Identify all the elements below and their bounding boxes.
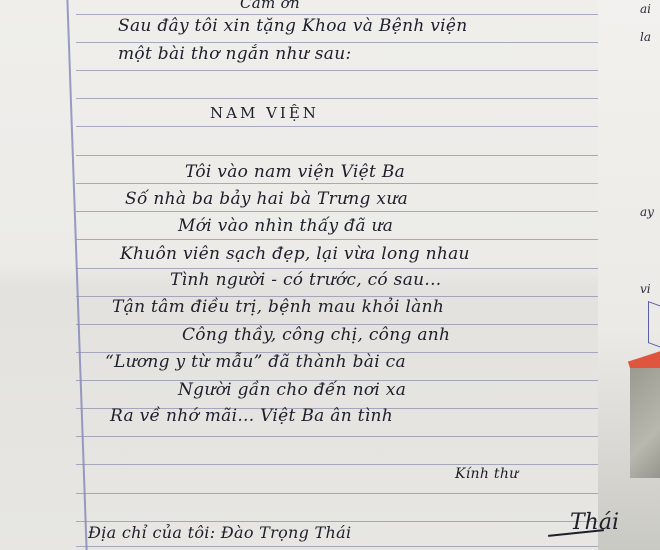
ruled-line — [76, 546, 610, 547]
poem-line: Tôi vào nam viện Việt Ba — [185, 162, 405, 182]
ruled-line — [76, 155, 610, 156]
margin-line — [66, 0, 87, 550]
ruled-line — [76, 183, 610, 184]
ruled-line — [76, 211, 610, 212]
grey-background-object — [630, 368, 660, 478]
side-scribble: ai — [640, 2, 651, 16]
top-fragment: Cảm ơn — [240, 0, 300, 12]
blue-sketch-box — [648, 301, 660, 351]
ruled-line — [76, 14, 610, 15]
side-scribble: vi — [640, 282, 651, 296]
poem-line: Ra về nhớ mãi... Việt Ba ân tình — [110, 406, 393, 426]
intro-line: Sau đây tôi xin tặng Khoa và Bệnh viện — [118, 16, 468, 36]
poem-title: NAM VIỆN — [210, 104, 319, 122]
ruled-line — [76, 98, 610, 99]
poem-line: Tận tâm điều trị, bệnh mau khỏi lành — [112, 297, 444, 317]
intro-line: một bài thơ ngắn như sau: — [118, 44, 351, 64]
side-scribble: la — [640, 30, 651, 44]
ruled-line — [76, 126, 610, 127]
poem-line: “Lương y từ mẫu” đã thành bài ca — [105, 352, 406, 372]
ruled-line — [76, 521, 610, 522]
side-scribble: ay — [640, 205, 654, 219]
ruled-line — [76, 42, 610, 43]
ruled-line — [76, 268, 610, 269]
closing: Kính thư — [455, 466, 518, 482]
poem-line: Tình người - có trước, có sau... — [170, 270, 442, 290]
poem-line: Khuôn viên sạch đẹp, lại vừa long nhau — [120, 244, 470, 264]
address-line: Địa chỉ của tôi: Đào Trọng Thái — [88, 523, 351, 542]
poem-line: Mới vào nhìn thấy đã ưa — [178, 216, 393, 236]
ruled-line — [76, 239, 610, 240]
ruled-line — [76, 70, 610, 71]
poem-line: Người gần cho đến nơi xa — [178, 380, 406, 400]
poem-line: Số nhà ba bảy hai bà Trưng xưa — [125, 189, 408, 209]
ruled-line — [76, 493, 610, 494]
poem-line: Công thầy, công chị, công anh — [182, 325, 450, 345]
ruled-line — [76, 436, 610, 437]
ruled-line — [76, 464, 610, 465]
